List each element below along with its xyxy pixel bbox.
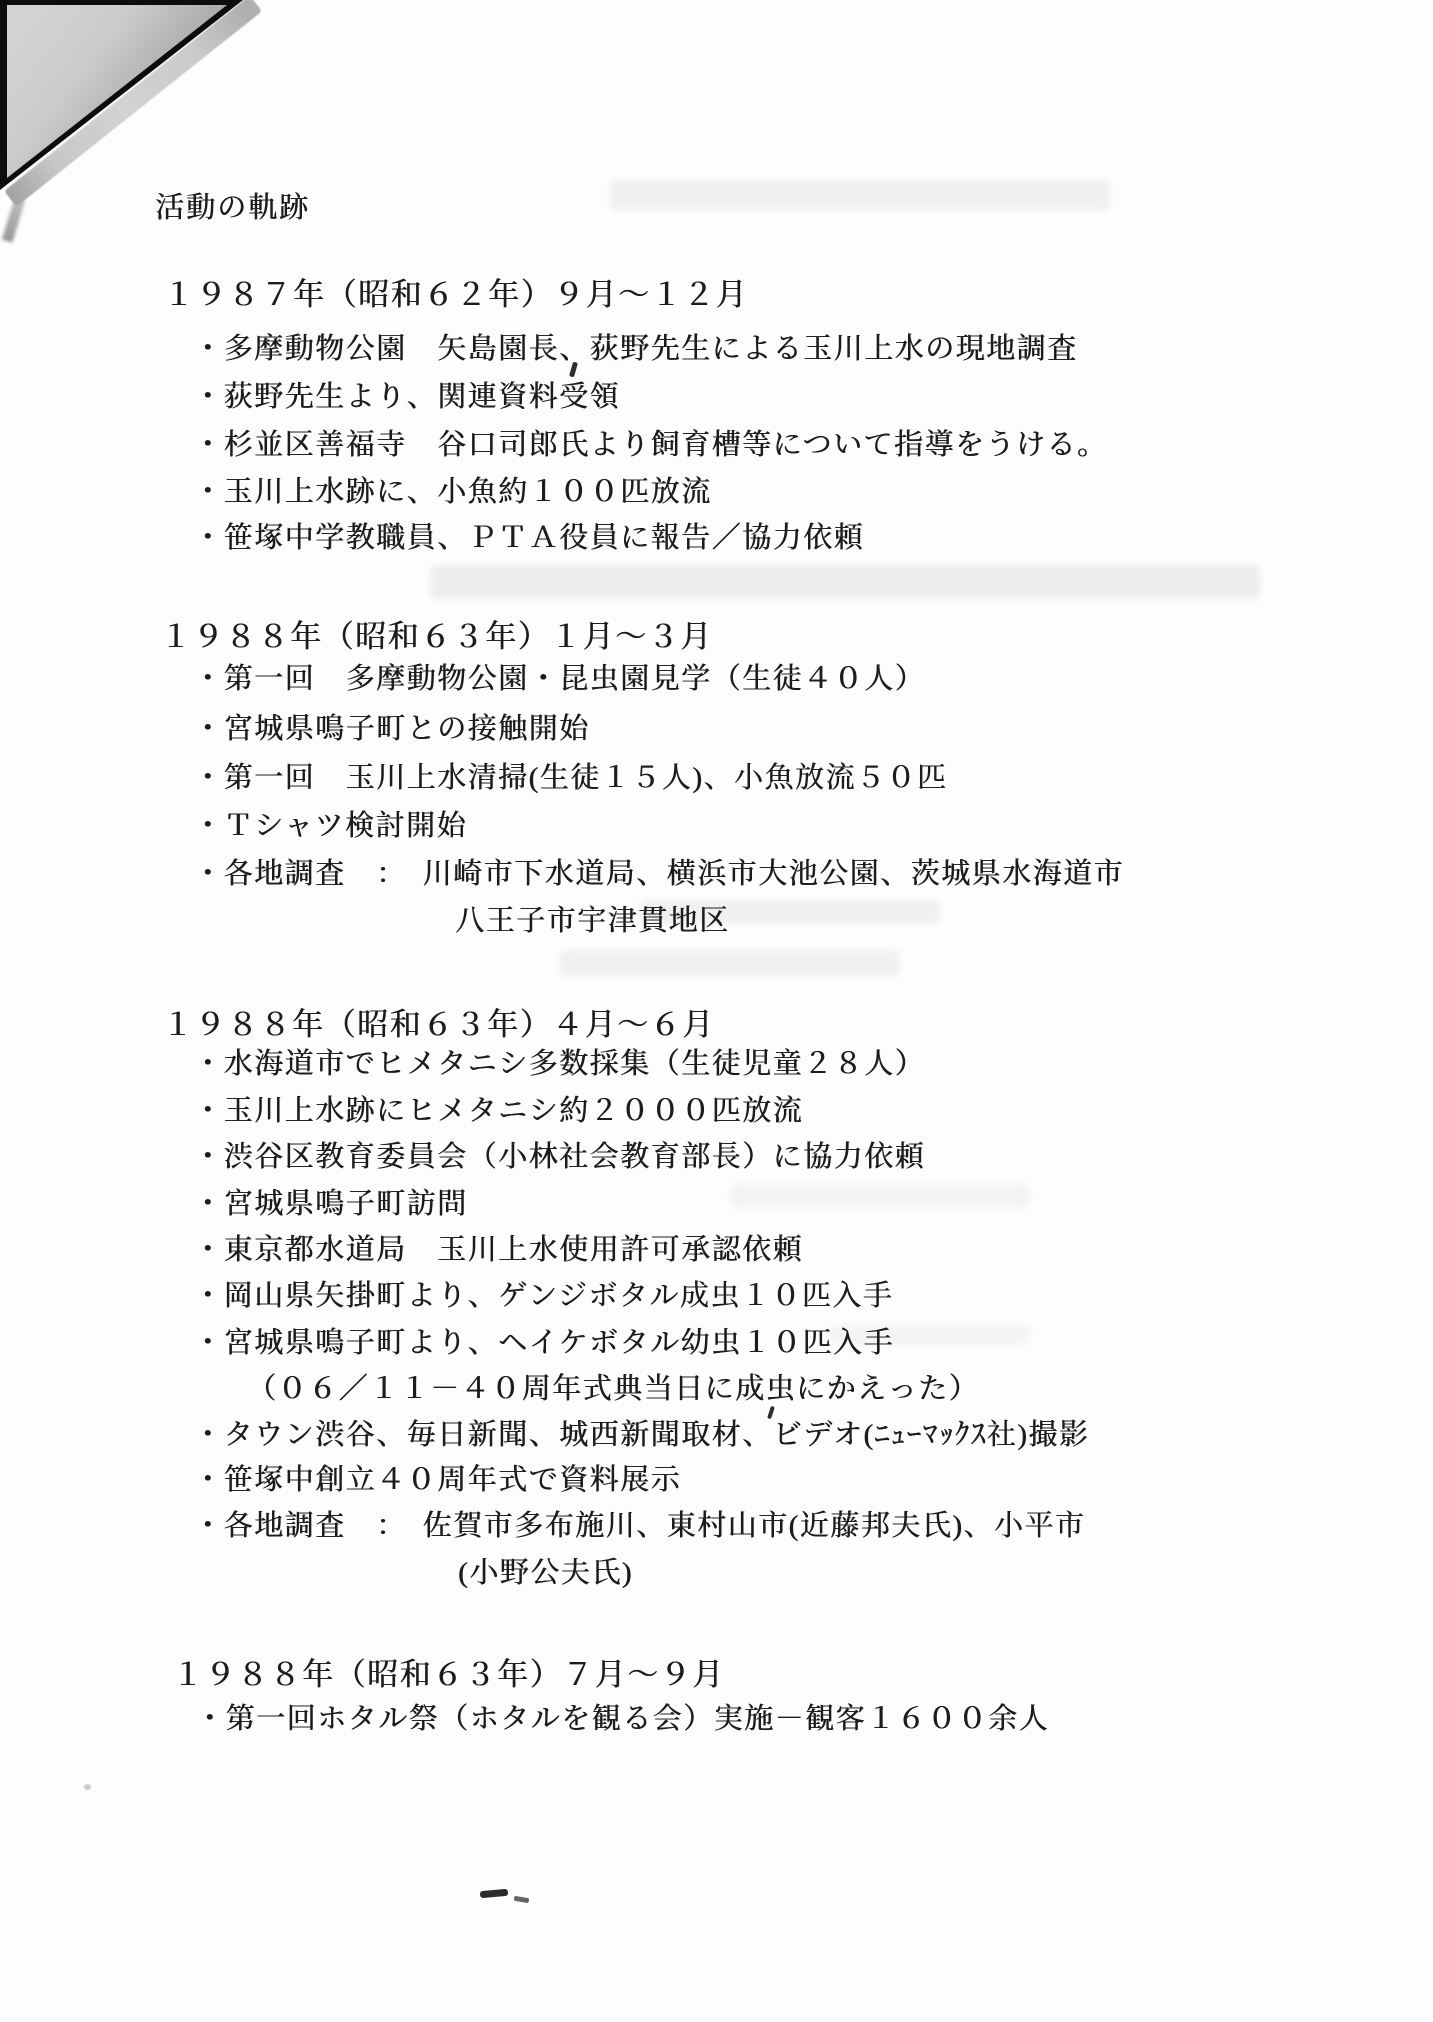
scan-noise — [730, 1185, 1030, 1207]
section-3-item-4: ・宮城県鳴子町訪問 — [193, 1186, 468, 1222]
section-3-item-7: ・宮城県鳴子町より、ヘイケボタル幼虫１０匹入手 — [193, 1325, 894, 1361]
section-2-heading: １９８８年（昭和６３年）１月～３月 — [160, 618, 713, 657]
section-3-item-9: ・笹塚中創立４０周年式で資料展示 — [193, 1462, 681, 1498]
section-1-item-2: ・荻野先生より、関連資料受領 — [193, 379, 620, 415]
section-4-item-1: ・第一回ホタル祭（ホタルを観る会）実施－観客１６００余人 — [195, 1701, 1049, 1737]
section-3-item-8: ・タウン渋谷、毎日新聞、城西新聞取材、ビデオ(ﾆｭｰﾏｯｸｽ社)撮影 — [193, 1417, 1089, 1453]
section-2-item-5: ・各地調査 ： 川崎市下水道局、横浜市大池公園、茨城県水海道市 — [193, 856, 1124, 892]
scan-noise — [560, 950, 900, 976]
section-1-item-4: ・玉川上水跡に、小魚約１００匹放流 — [193, 474, 712, 510]
scanned-document-page: 活動の軌跡 １９８７年（昭和６２年）９月～１２月 ・多摩動物公園 矢島園長、荻野… — [0, 0, 1433, 2022]
section-2-item-3: ・第一回 玉川上水清掃(生徒１５人)、小魚放流５０匹 — [193, 760, 947, 796]
section-4-heading: １９８８年（昭和６３年）７月～９月 — [172, 1656, 725, 1695]
section-3-item-5: ・東京都水道局 玉川上水使用許可承認依頼 — [193, 1232, 803, 1268]
section-3-item-10: ・各地調査 ： 佐賀市多布施川、東村山市(近藤邦夫氏)、小平市 — [193, 1508, 1085, 1544]
scan-mark — [514, 1896, 530, 1904]
section-1-item-1: ・多摩動物公園 矢島園長、荻野先生による玉川上水の現地調査 — [193, 331, 1078, 367]
section-1-item-3: ・杉並区善福寺 谷口司郎氏より飼育槽等について指導をうける。 — [193, 427, 1107, 463]
scan-noise — [430, 565, 1260, 599]
section-2-item-1: ・第一回 多摩動物公園・昆虫園見学（生徒４０人） — [193, 661, 925, 697]
page-title: 活動の軌跡 — [155, 190, 310, 226]
section-1-item-5: ・笹塚中学教職員、ＰＴＡ役員に報告／協力依頼 — [193, 520, 864, 556]
section-3-heading: １９８８年（昭和６３年）４月～６月 — [162, 1006, 715, 1045]
scan-mark — [480, 1889, 509, 1898]
section-3-item-2: ・玉川上水跡にヒメタニシ約２０００匹放流 — [193, 1093, 803, 1129]
section-3-item-7-continuation: （０６／１１－４０周年式典当日に成虫にかえった） — [247, 1371, 979, 1407]
section-3-item-1: ・水海道市でヒメタニシ多数採集（生徒児童２８人） — [193, 1046, 925, 1082]
section-1-heading: １９８７年（昭和６２年）９月～１２月 — [163, 276, 748, 315]
section-2-item-4: ・Ｔシャツ検討開始 — [193, 808, 467, 844]
section-3-item-10-continuation: (小野公夫氏) — [458, 1555, 633, 1591]
scan-mark — [84, 1784, 91, 1790]
section-2-item-5-continuation: 八王子市宇津貫地区 — [455, 903, 730, 939]
section-2-item-2: ・宮城県鳴子町との接触開始 — [193, 711, 590, 747]
section-3-item-3: ・渋谷区教育委員会（小林社会教育部長）に協力依頼 — [193, 1139, 925, 1175]
section-3-item-6: ・岡山県矢掛町より、ゲンジボタル成虫１０匹入手 — [193, 1278, 893, 1314]
scan-corner-edge-tail — [2, 197, 25, 242]
scan-noise — [610, 180, 1110, 210]
